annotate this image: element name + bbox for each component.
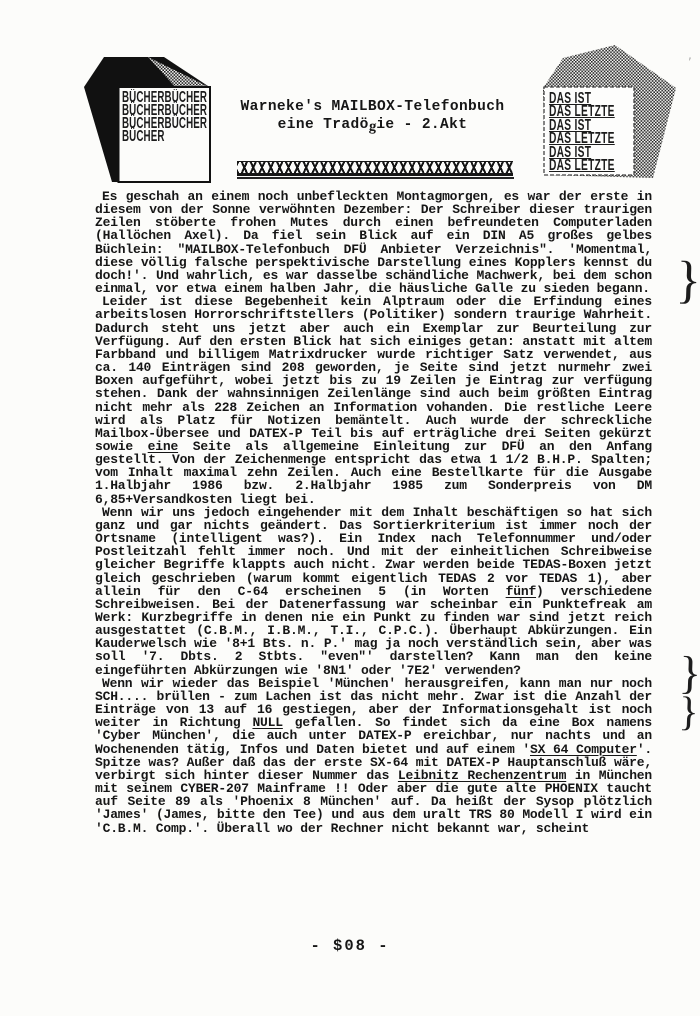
text-segment: ) verschiedene Schreibweisen. Bei der Da… (95, 584, 652, 678)
text-segment: Leider ist diese Begebenheit kein Alptra… (95, 294, 652, 454)
buecher-logo-text: BÜCHERBÜCHER BÜCHERBÜCHER BÜCHERBÜCHER B… (122, 91, 207, 143)
logo-line: DAS LETZTE (549, 159, 615, 172)
margin-tick-mark: ' (686, 54, 692, 70)
text-segment: Es geschah an einem noch unbefleckten Mo… (95, 189, 652, 296)
horizontal-rule (237, 177, 514, 179)
body-paragraph-1: Es geschah an einem noch unbefleckten Mo… (95, 190, 652, 295)
article-title: Warneke's MAILBOX-Telefonbuch eine Tradö… (225, 99, 520, 133)
das-ist-das-letzte-cube-logo-icon: DAS IST DAS LETZTE DAS IST DAS LETZTE DA… (543, 45, 677, 180)
margin-brace-mark: } (678, 691, 699, 733)
body-paragraph-4: Wenn wir wieder das Beispiel 'München' h… (95, 677, 652, 835)
text-segment: Seite als allgemeine Einleitung zur DFÜ … (95, 439, 652, 507)
article-body: Es geschah an einem noch unbefleckten Mo… (95, 190, 652, 835)
article-title-line1: Warneke's MAILBOX-Telefonbuch (225, 99, 520, 116)
braid-separator (237, 161, 513, 176)
body-paragraph-2: Leider ist diese Begebenheit kein Alptra… (95, 295, 652, 506)
page-number: - $08 - (0, 937, 700, 955)
article-title-line2: eine Tradögie - 2.Akt (225, 116, 520, 134)
body-paragraph-3: Wenn wir uns jedoch eingehender mit dem … (95, 506, 652, 677)
buecher-cube-logo-icon: BÜCHERBÜCHER BÜCHERBÜCHER BÜCHERBÜCHER B… (84, 55, 212, 185)
text-segment: eine Tradö (278, 117, 369, 133)
text-segment: ie - 2.Akt (376, 117, 467, 133)
scanned-magazine-page: BÜCHERBÜCHER BÜCHERBÜCHER BÜCHERBÜCHER B… (0, 0, 700, 1016)
handwritten-char: g (368, 118, 377, 135)
margin-brace-mark: } (675, 255, 700, 308)
das-letzte-logo-text: DAS IST DAS LETZTE DAS IST DAS LETZTE DA… (549, 92, 615, 172)
